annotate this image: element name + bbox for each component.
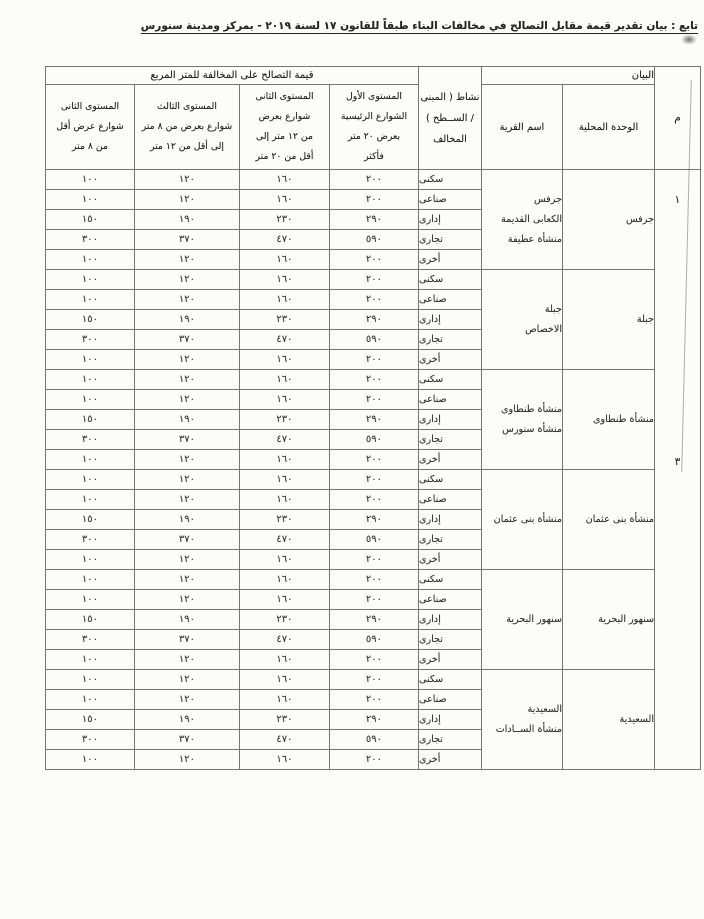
table-row: السعيديةالسعيدية منشأة الســاداتسكنى٢٠٠١… [45, 670, 700, 690]
activity-cell: صناعى [418, 190, 481, 210]
value-cell-level-3: ١٢٠ [134, 270, 239, 290]
value-cell-level-4: ١٠٠ [45, 690, 134, 710]
value-cell-level-1: ٢٠٠ [329, 690, 418, 710]
value-cell-level-3: ١٢٠ [134, 370, 239, 390]
activity-cell: إدارى [418, 310, 481, 330]
value-cell-level-3: ٣٧٠ [134, 430, 239, 450]
activity-cell: إدارى [418, 410, 481, 430]
local-unit-cell: سنهور البحرية [563, 570, 655, 670]
activity-cell: إدارى [418, 610, 481, 630]
value-cell-level-2: ١٦٠ [239, 250, 329, 270]
header-row-sub: الوحدة المحلية اسم القرية المستوى الأول … [45, 85, 700, 170]
value-cell-level-2: ٢٣٠ [239, 310, 329, 330]
value-cell-level-2: ٤٧٠ [239, 230, 329, 250]
activity-cell: صناعى [418, 490, 481, 510]
value-cell-level-4: ١٠٠ [45, 290, 134, 310]
value-cell-level-4: ١٠٠ [45, 590, 134, 610]
value-cell-level-4: ١٠٠ [45, 570, 134, 590]
column-header-level-3: المستوى الثالث شوارع بعرض من ٨ متر إلى أ… [134, 85, 239, 170]
activity-cell: تجارى [418, 730, 481, 750]
activity-cell: تجارى [418, 630, 481, 650]
activity-cell: أخرى [418, 450, 481, 470]
value-cell-level-2: ١٦٠ [239, 570, 329, 590]
value-cell-level-2: ١٦٠ [239, 290, 329, 310]
value-cell-level-3: ١٩٠ [134, 610, 239, 630]
header-row-top: م البيان نشاط ( المبنى / الســطح ) المخا… [45, 67, 700, 85]
value-cell-level-2: ٢٣٠ [239, 710, 329, 730]
activity-cell: سكنى [418, 670, 481, 690]
value-cell-level-2: ٢٣٠ [239, 410, 329, 430]
value-cell-level-4: ١٠٠ [45, 550, 134, 570]
activity-cell: أخرى [418, 650, 481, 670]
value-cell-level-1: ٢٠٠ [329, 370, 418, 390]
value-cell-level-4: ١٠٠ [45, 670, 134, 690]
reconciliation-table: م البيان نشاط ( المبنى / الســطح ) المخا… [45, 66, 701, 770]
village-name-cell: السعيدية منشأة الســادات [481, 670, 562, 770]
value-cell-level-3: ١٢٠ [134, 690, 239, 710]
value-cell-level-3: ١٩٠ [134, 410, 239, 430]
column-header-village-name: اسم القرية [481, 85, 562, 170]
value-cell-level-4: ٣٠٠ [45, 630, 134, 650]
scanned-document-page: تابع : بيان تقدير قيمة مقابل التصالح في … [0, 0, 704, 919]
table-row: جبلةجبلة الاخصاصسكنى٢٠٠١٦٠١٢٠١٠٠ [45, 270, 700, 290]
value-cell-level-1: ٢٠٠ [329, 170, 418, 190]
value-cell-level-4: ١٠٠ [45, 250, 134, 270]
value-cell-level-1: ٢٠٠ [329, 670, 418, 690]
column-header-level-2: المستوى الثانى شوارع بعرض من ١٢ متر إلى … [239, 85, 329, 170]
value-cell-level-2: ٤٧٠ [239, 730, 329, 750]
value-cell-level-4: ٣٠٠ [45, 330, 134, 350]
value-cell-level-4: ١٠٠ [45, 370, 134, 390]
value-cell-level-1: ٢٠٠ [329, 550, 418, 570]
value-cell-level-2: ٤٧٠ [239, 330, 329, 350]
value-cell-level-4: ١٠٠ [45, 190, 134, 210]
table-row: سنهور البحريةسنهور البحريةسكنى٢٠٠١٦٠١٢٠١… [45, 570, 700, 590]
value-cell-level-2: ١٦٠ [239, 690, 329, 710]
value-cell-level-4: ١٥٠ [45, 210, 134, 230]
value-cell-level-1: ٢٩٠ [329, 410, 418, 430]
column-group-header-statement: البيان [481, 67, 654, 85]
value-cell-level-3: ١٢٠ [134, 670, 239, 690]
value-cell-level-3: ٣٧٠ [134, 230, 239, 250]
value-cell-level-3: ١٢٠ [134, 750, 239, 770]
value-cell-level-1: ٢٠٠ [329, 590, 418, 610]
value-cell-level-4: ١٥٠ [45, 610, 134, 630]
value-cell-level-3: ٣٧٠ [134, 530, 239, 550]
local-unit-cell: جبلة [563, 270, 655, 370]
value-cell-level-1: ٥٩٠ [329, 630, 418, 650]
activity-cell: سكنى [418, 570, 481, 590]
value-cell-level-4: ١٥٠ [45, 710, 134, 730]
activity-cell: أخرى [418, 550, 481, 570]
activity-cell: أخرى [418, 250, 481, 270]
value-cell-level-1: ٥٩٠ [329, 530, 418, 550]
value-cell-level-3: ١٢٠ [134, 550, 239, 570]
value-cell-level-4: ١٠٠ [45, 450, 134, 470]
activity-cell: إدارى [418, 510, 481, 530]
value-cell-level-2: ١٦٠ [239, 170, 329, 190]
value-cell-level-1: ٥٩٠ [329, 730, 418, 750]
activity-cell: سكنى [418, 470, 481, 490]
value-cell-level-1: ٥٩٠ [329, 430, 418, 450]
value-cell-level-1: ٢٩٠ [329, 710, 418, 730]
value-cell-level-4: ١٠٠ [45, 270, 134, 290]
column-header-serial: م [655, 67, 701, 170]
value-cell-level-2: ٢٣٠ [239, 610, 329, 630]
value-cell-level-1: ٥٩٠ [329, 230, 418, 250]
value-cell-level-3: ٣٧٠ [134, 630, 239, 650]
activity-cell: تجارى [418, 530, 481, 550]
value-cell-level-3: ٣٧٠ [134, 330, 239, 350]
value-cell-level-3: ١٢٠ [134, 390, 239, 410]
local-unit-cell: منشأة بنى عثمان [563, 470, 655, 570]
serial-marker: ٣ [655, 456, 700, 468]
activity-cell: أخرى [418, 350, 481, 370]
value-cell-level-4: ٣٠٠ [45, 530, 134, 550]
serial-cell: ١٣ [655, 170, 701, 770]
value-cell-level-1: ٢٠٠ [329, 490, 418, 510]
value-cell-level-4: ١٠٠ [45, 490, 134, 510]
village-name-cell: جرفس الكعابى القديمة منشأة عطيفة [481, 170, 562, 270]
value-cell-level-4: ٣٠٠ [45, 230, 134, 250]
value-cell-level-1: ٢٠٠ [329, 470, 418, 490]
value-cell-level-1: ٢٠٠ [329, 450, 418, 470]
value-cell-level-2: ١٦٠ [239, 190, 329, 210]
table-row: منشأة بنى عثمانمنشأة بنى عثمانسكنى٢٠٠١٦٠… [45, 470, 700, 490]
value-cell-level-3: ١٩٠ [134, 210, 239, 230]
village-name-cell: سنهور البحرية [481, 570, 562, 670]
value-cell-level-2: ١٦٠ [239, 270, 329, 290]
value-cell-level-1: ٢٠٠ [329, 350, 418, 370]
value-cell-level-3: ١٢٠ [134, 470, 239, 490]
value-cell-level-4: ١٥٠ [45, 510, 134, 530]
value-cell-level-4: ٣٠٠ [45, 730, 134, 750]
value-cell-level-3: ١٢٠ [134, 350, 239, 370]
value-cell-level-2: ١٦٠ [239, 350, 329, 370]
value-cell-level-4: ١٠٠ [45, 750, 134, 770]
value-cell-level-1: ٢٩٠ [329, 210, 418, 230]
activity-cell: إدارى [418, 210, 481, 230]
value-cell-level-3: ١٢٠ [134, 490, 239, 510]
activity-cell: سكنى [418, 170, 481, 190]
activity-cell: صناعى [418, 690, 481, 710]
village-name-cell: منشأة بنى عثمان [481, 470, 562, 570]
value-cell-level-1: ٢٩٠ [329, 610, 418, 630]
local-unit-cell: منشأة طنطاوى [563, 370, 655, 470]
value-cell-level-1: ٢٠٠ [329, 650, 418, 670]
column-header-level-1: المستوى الأول الشوارع الرئيسية بعرض ٢٠ م… [329, 85, 418, 170]
table-row: منشأة طنطاوىمنشأة طنطاوى منشأة سنورسسكنى… [45, 370, 700, 390]
value-cell-level-1: ٢٩٠ [329, 510, 418, 530]
value-cell-level-2: ١٦٠ [239, 470, 329, 490]
value-cell-level-3: ١٩٠ [134, 710, 239, 730]
activity-cell: تجارى [418, 230, 481, 250]
value-cell-level-2: ١٦٠ [239, 450, 329, 470]
value-cell-level-3: ١٢٠ [134, 590, 239, 610]
value-cell-level-4: ١٥٠ [45, 410, 134, 430]
value-cell-level-2: ٢٣٠ [239, 210, 329, 230]
table-body: ١٣جرفسجرفس الكعابى القديمة منشأة عطيفةسك… [45, 170, 700, 770]
value-cell-level-2: ١٦٠ [239, 390, 329, 410]
value-cell-level-2: ١٦٠ [239, 590, 329, 610]
value-cell-level-1: ٢٠٠ [329, 270, 418, 290]
value-cell-level-2: ٤٧٠ [239, 430, 329, 450]
value-cell-level-2: ٢٣٠ [239, 510, 329, 530]
value-cell-level-1: ٢٠٠ [329, 750, 418, 770]
value-cell-level-1: ٢٩٠ [329, 310, 418, 330]
local-unit-cell: جرفس [563, 170, 655, 270]
value-cell-level-4: ١٠٠ [45, 470, 134, 490]
value-cell-level-2: ١٦٠ [239, 550, 329, 570]
value-cell-level-3: ١٢٠ [134, 170, 239, 190]
column-group-header-price: قيمة التصالح على المخالفة للمتر المربع [45, 67, 418, 85]
value-cell-level-1: ٢٠٠ [329, 190, 418, 210]
activity-cell: سكنى [418, 370, 481, 390]
scan-smudge-artifact [681, 34, 697, 45]
column-header-level-4: المستوى الثانى شوارع عرض أقل من ٨ متر [45, 85, 134, 170]
activity-cell: تجارى [418, 430, 481, 450]
value-cell-level-2: ١٦٠ [239, 650, 329, 670]
activity-cell: صناعى [418, 590, 481, 610]
table-row: ١٣جرفسجرفس الكعابى القديمة منشأة عطيفةسك… [45, 170, 700, 190]
table-header: م البيان نشاط ( المبنى / الســطح ) المخا… [45, 67, 700, 170]
value-cell-level-2: ٤٧٠ [239, 530, 329, 550]
value-cell-level-1: ٢٠٠ [329, 290, 418, 310]
value-cell-level-4: ٣٠٠ [45, 430, 134, 450]
value-cell-level-1: ٢٠٠ [329, 570, 418, 590]
value-cell-level-2: ١٦٠ [239, 490, 329, 510]
activity-cell: إدارى [418, 710, 481, 730]
value-cell-level-3: ١٢٠ [134, 290, 239, 310]
village-name-cell: منشأة طنطاوى منشأة سنورس [481, 370, 562, 470]
value-cell-level-3: ١٢٠ [134, 570, 239, 590]
value-cell-level-4: ١٠٠ [45, 650, 134, 670]
village-name-cell: جبلة الاخصاص [481, 270, 562, 370]
value-cell-level-1: ٢٠٠ [329, 390, 418, 410]
value-cell-level-1: ٢٠٠ [329, 250, 418, 270]
activity-cell: تجارى [418, 330, 481, 350]
value-cell-level-3: ١٢٠ [134, 450, 239, 470]
value-cell-level-3: ١٩٠ [134, 310, 239, 330]
value-cell-level-2: ٤٧٠ [239, 630, 329, 650]
value-cell-level-3: ١٢٠ [134, 190, 239, 210]
value-cell-level-2: ١٦٠ [239, 670, 329, 690]
value-cell-level-2: ١٦٠ [239, 370, 329, 390]
value-cell-level-4: ١٠٠ [45, 390, 134, 410]
column-header-local-unit: الوحدة المحلية [563, 85, 655, 170]
value-cell-level-3: ١٢٠ [134, 250, 239, 270]
value-cell-level-1: ٥٩٠ [329, 330, 418, 350]
serial-marker: ١ [655, 194, 700, 206]
value-cell-level-4: ١٥٠ [45, 310, 134, 330]
local-unit-cell: السعيدية [563, 670, 655, 770]
value-cell-level-4: ١٠٠ [45, 350, 134, 370]
document-title: تابع : بيان تقدير قيمة مقابل التصالح في … [88, 20, 698, 32]
activity-cell: صناعى [418, 290, 481, 310]
activity-cell: صناعى [418, 390, 481, 410]
activity-cell: سكنى [418, 270, 481, 290]
value-cell-level-2: ١٦٠ [239, 750, 329, 770]
value-cell-level-3: ٣٧٠ [134, 730, 239, 750]
value-cell-level-3: ١٢٠ [134, 650, 239, 670]
column-header-activity: نشاط ( المبنى / الســطح ) المخالف [418, 67, 481, 170]
value-cell-level-4: ١٠٠ [45, 170, 134, 190]
activity-cell: أخرى [418, 750, 481, 770]
value-cell-level-3: ١٩٠ [134, 510, 239, 530]
